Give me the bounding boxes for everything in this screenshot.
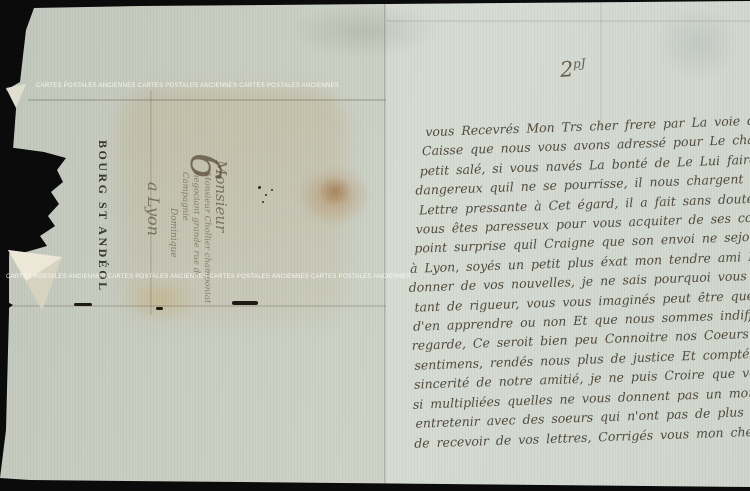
letter-body: vous Recevrés Mon Trs cher frere par La …: [403, 108, 750, 452]
watermark-row-1: CARTES POSTALES ANCIENNES CARTES POSTALE…: [36, 83, 339, 89]
upper-horizontal-crease: [28, 99, 386, 101]
top-right-smudge: [655, 6, 740, 81]
crease-dash: [232, 301, 258, 305]
watermark-row-2: CARTES POSTALES ANCIENNES CARTES POSTALE…: [6, 274, 411, 280]
wax-stain: [296, 166, 372, 226]
folio-mark: 2pJ: [559, 56, 586, 82]
address-line: a Lyon: [144, 182, 163, 310]
address-line: Dominique: [167, 208, 179, 310]
address-line: Monsieur Chollier champoniat: [201, 172, 212, 310]
postal-rate-mark: 6: [180, 152, 230, 180]
ink-speck: [258, 186, 261, 189]
straight-line-postmark: BOURG ST ANDÉOL: [94, 140, 110, 270]
crease-dash: [74, 303, 92, 306]
folio-mark-sup: pJ: [573, 56, 586, 71]
wax-stain-core: [318, 176, 352, 206]
top-smudge: [288, 4, 438, 58]
crease-dash: [156, 307, 163, 310]
center-fold-crease: [384, 0, 387, 491]
scanned-letter-photo: BOURG ST ANDÉOL Monsieur Monsieur Cholli…: [0, 0, 750, 491]
address-line: Monsieur: [212, 160, 230, 310]
right-horizontal-crease: [386, 20, 750, 22]
ink-speck: [271, 189, 273, 191]
ink-speck: [265, 194, 267, 196]
ink-speck: [262, 201, 264, 203]
right-fold-crease: [600, 0, 602, 130]
address-line: negociant grande rue de Campagnie: [179, 172, 201, 310]
